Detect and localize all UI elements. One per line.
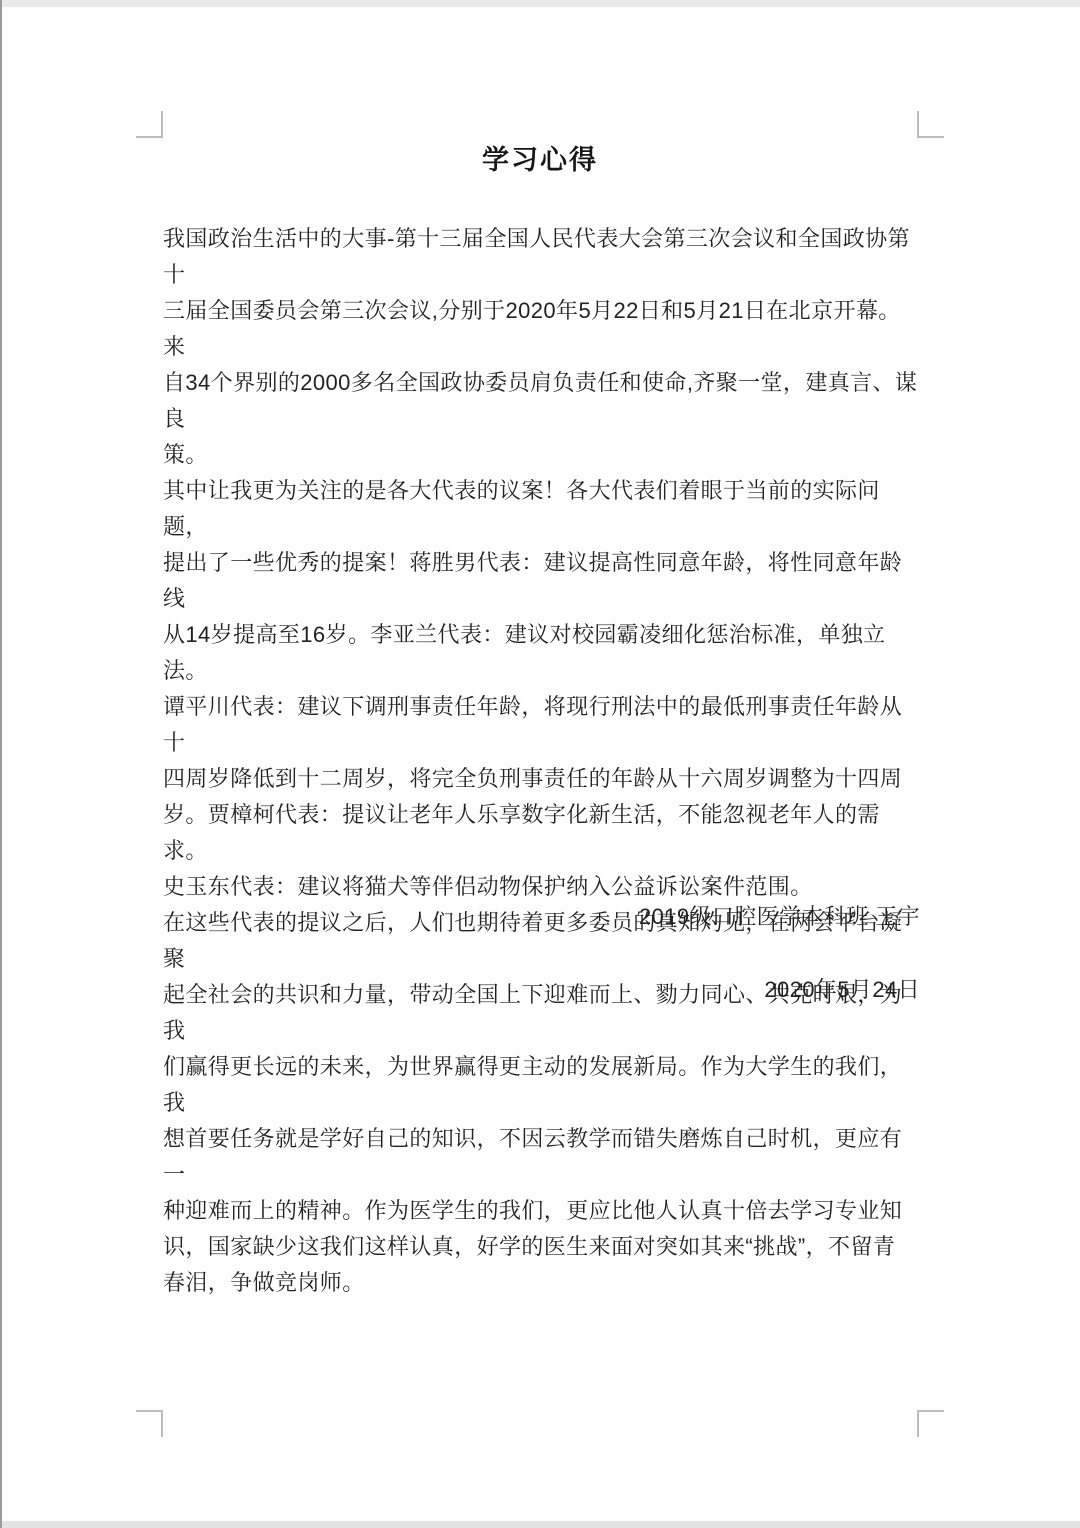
photo-edge-bottom [0,1521,1080,1528]
margin-crop-mark-bottom-left [136,1410,163,1437]
paragraph-proposals: 其中让我更为关注的是各大代表的议案！各大代表们着眼于当前的实际问题， 提出了一些… [163,473,923,905]
date-line: 2020年5月24日 [163,972,920,1008]
photo-edge-left [0,0,2,1528]
page-title: 学习心得 [0,138,1080,177]
signature-line: 2019级口腔医学本科班 王宇 [163,899,920,935]
document-page: 学习心得 我国政治生活中的大事-第十三届全国人民代表大会第三次会议和全国政协第十… [0,0,1080,1528]
margin-crop-mark-top-left [136,111,163,138]
margin-crop-mark-top-right [917,111,944,138]
photo-edge-top [0,0,1080,7]
document-body: 我国政治生活中的大事-第十三届全国人民代表大会第三次会议和全国政协第十 三届全国… [163,221,923,1301]
margin-crop-mark-bottom-right [917,1410,944,1437]
paragraph-intro: 我国政治生活中的大事-第十三届全国人民代表大会第三次会议和全国政协第十 三届全国… [163,221,923,473]
paragraph-reflection: 在这些代表的提议之后，人们也期待着更多委员的真知灼见，在两会平台凝聚 起全社会的… [163,905,923,1301]
